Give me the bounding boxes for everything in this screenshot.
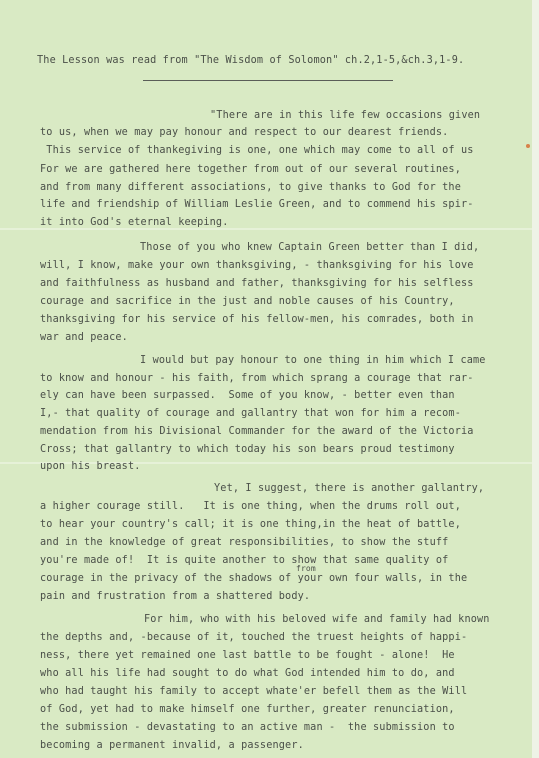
- text-line: courage in the privacy of the shadows of…: [40, 573, 467, 585]
- ink-mark: [526, 144, 530, 148]
- text-line: to know and honour - his faith, from whi…: [40, 373, 474, 385]
- text-line: who all his life had sought to do what G…: [40, 668, 455, 680]
- text-line: This service of thankegiving is one, one…: [40, 145, 474, 157]
- text-line: I,- that quality of courage and gallantr…: [40, 408, 461, 420]
- text-line: Yet, I suggest, there is another gallant…: [214, 483, 484, 495]
- text-line: the submission - devastating to an activ…: [40, 722, 455, 734]
- text-line: courage and sacrifice in the just and no…: [40, 296, 455, 308]
- lesson-header: The Lesson was read from "The Wisdom of …: [37, 55, 464, 67]
- text-line: it into God's eternal keeping.: [40, 217, 229, 229]
- text-line: mendation from his Divisional Commander …: [40, 426, 474, 438]
- text-line: to hear your country's call; it is one t…: [40, 519, 461, 531]
- text-line: to us, when we may pay honour and respec…: [40, 127, 448, 139]
- text-line: a higher courage still. It is one thing,…: [40, 501, 461, 513]
- text-line: who had taught his family to accept what…: [40, 686, 467, 698]
- text-line: ely can have been surpassed. Some of you…: [40, 390, 455, 402]
- text-line: For we are gathered here together from o…: [40, 164, 461, 176]
- text-line: thanksgiving for his service of his fell…: [40, 314, 474, 326]
- text-line: "There are in this life few occasions gi…: [210, 110, 480, 122]
- text-line: For him, who with his beloved wife and f…: [144, 614, 490, 626]
- text-line: Those of you who knew Captain Green bett…: [140, 242, 479, 254]
- text-line: and in the knowledge of great responsibi…: [40, 537, 448, 549]
- text-line: ness, there yet remained one last battle…: [40, 650, 455, 662]
- text-line: life and friendship of William Leslie Gr…: [40, 199, 474, 211]
- text-line: upon his breast.: [40, 461, 141, 473]
- text-line: war and peace.: [40, 332, 128, 344]
- text-line: and from many different associations, to…: [40, 182, 461, 194]
- text-line: becoming a permanent invalid, a passenge…: [40, 740, 304, 752]
- text-line: pain and frustration from a shattered bo…: [40, 591, 310, 603]
- text-line: of God, yet had to make himself one furt…: [40, 704, 455, 716]
- typewritten-page: The Lesson was read from "The Wisdom of …: [0, 0, 532, 758]
- text-line: I would but pay honour to one thing in h…: [140, 355, 486, 367]
- text-line: will, I know, make your own thanksgiving…: [40, 260, 474, 272]
- text-line: the depths and, -because of it, touched …: [40, 632, 467, 644]
- handwritten-correction: from: [296, 563, 316, 575]
- text-line: you're made of! It is quite another to s…: [40, 555, 448, 567]
- page-edge: [532, 0, 539, 758]
- separator-rule: [143, 80, 393, 81]
- text-line: Cross; that gallantry to which today his…: [40, 444, 455, 456]
- text-line: and faithfulness as husband and father, …: [40, 278, 474, 290]
